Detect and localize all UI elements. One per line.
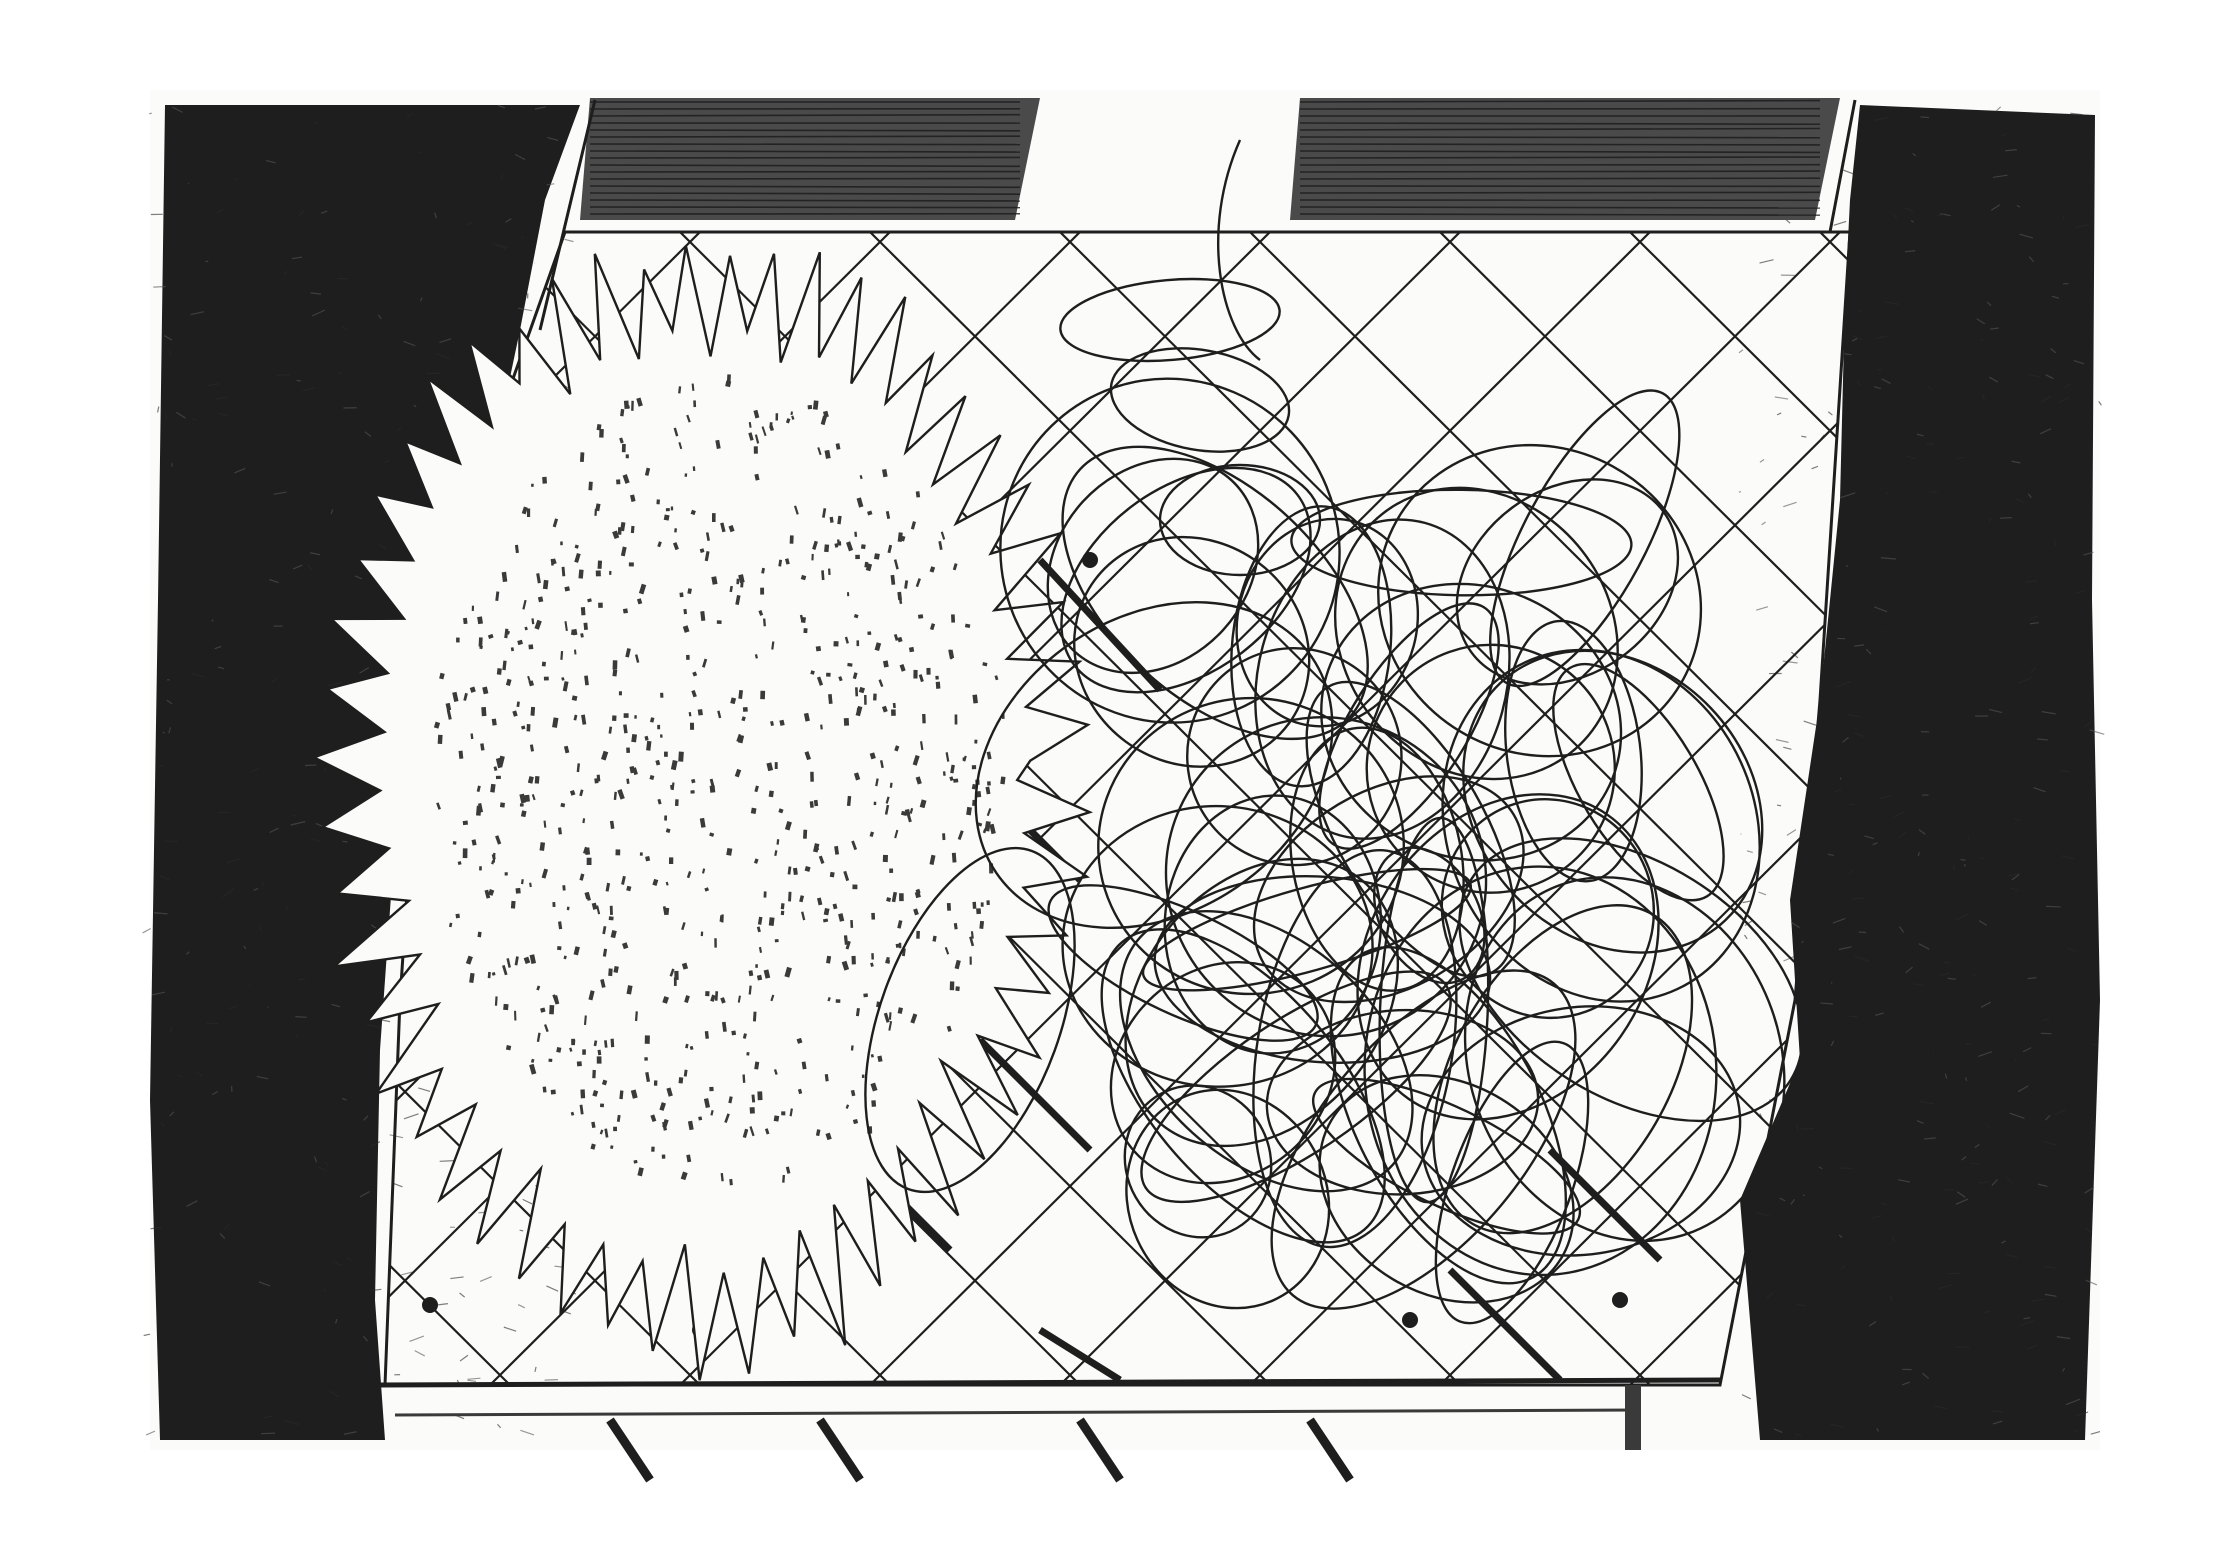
crosshatched-top-band-right (1290, 98, 1840, 220)
lattice-dot (422, 1297, 438, 1313)
lattice-dot (1402, 1312, 1418, 1328)
printed-plate (0, 90, 2222, 1480)
crosshatched-top-band-left (580, 98, 1040, 220)
ledge-post (1625, 1385, 1641, 1450)
etching-artwork (0, 0, 2222, 1558)
lattice-dot (1612, 1292, 1628, 1308)
